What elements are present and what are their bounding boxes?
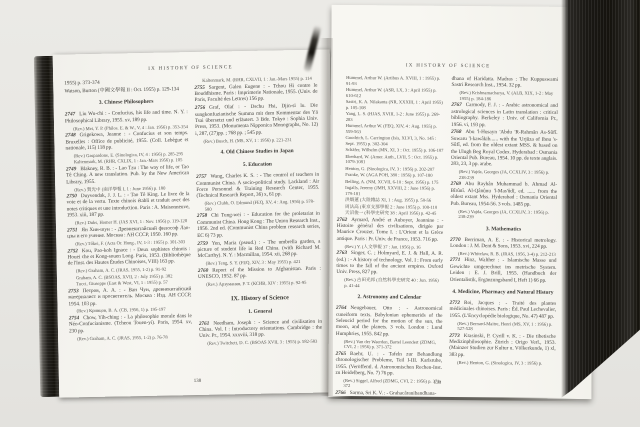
page-columns: 1955) p. 373-374Watson, Burton (中國文學報 II… bbox=[64, 76, 322, 351]
entry-text: Hinz, Walther : - Islamische Masse und G… bbox=[450, 257, 557, 283]
entry-text: Neugebauer, Otto : - Astronomical cuneif… bbox=[336, 305, 443, 337]
bib-entry: dhana of Haridatta. Madras : The Kuppusw… bbox=[451, 76, 558, 90]
right-page: IX HISTORY OF SCIENCE Hummel, Arthur W. … bbox=[328, 5, 594, 399]
bib-entry: 2768Abu 'l-Husayn 'Abdu 'R-Rahmân As-Sûf… bbox=[451, 129, 558, 168]
entry-number: 2767 bbox=[451, 102, 461, 108]
bib-entry: 2747Liu Wu-chi : - Confucius, his life a… bbox=[65, 109, 188, 124]
book-edge-right bbox=[561, 0, 640, 402]
entry-text: Roi, Jacques : - Traité des plantes médi… bbox=[449, 300, 556, 320]
entry-number: 2770 bbox=[450, 236, 460, 242]
entry-text: 1955) p. 373-374 bbox=[64, 80, 100, 87]
section-heading: 3. Chinese Philosophers bbox=[65, 98, 188, 107]
entry-number: 2766 bbox=[335, 390, 345, 396]
review-line: (Rev.) Twitchett, D. C. (BSOAS XVII, 3 :… bbox=[199, 339, 322, 347]
left-page: IX HISTORY OF SCIENCE 1955) p. 373-374Wa… bbox=[53, 49, 337, 397]
entry-number: 2755 bbox=[194, 84, 204, 90]
entry-text: Baehr, U. : - Tafeln zur Behandlung chro… bbox=[335, 351, 442, 377]
bib-entry: 2765Baehr, U. : - Tafeln zur Behandlung … bbox=[335, 351, 442, 378]
bib-entry: 2758Chi Tung-wei : - Education for the p… bbox=[197, 211, 320, 239]
entry-text: Wang, Charles K. S. : - The control of t… bbox=[196, 172, 319, 200]
bib-entry: 2753Петров, А. А. : - Ван Чун, древнекит… bbox=[68, 286, 191, 308]
entry-text: Watson, Burton (中國文學報 II : Oct. 1955) p.… bbox=[64, 86, 179, 94]
review-line: (Rev.) Vajda, Georges (JA, CCXLIV, 3 : 1… bbox=[451, 169, 558, 181]
section-heading: 4. Medicine, Pharmacy and Natural Histor… bbox=[450, 289, 557, 297]
entry-number: 2773 bbox=[449, 333, 459, 339]
review-line: (Rev.) Henton, G. (Sinologica, IV, 3 : 1… bbox=[449, 360, 556, 366]
review-line: Belling, A. (NM, XCVII, 6-10 : Sept. 195… bbox=[337, 178, 444, 184]
review-line: (Rev.) Graham, A. C. (JRAS, 1955, 1-2) p… bbox=[69, 334, 192, 342]
page-number: 138 bbox=[194, 379, 202, 384]
page-header: IX HISTORY OF SCIENCE bbox=[338, 63, 558, 71]
bib-entry: 2752Kou, Pao-koh Ignace : - Deux sophist… bbox=[67, 246, 190, 268]
entry-number: 2759 bbox=[197, 240, 207, 246]
review-line: Eberhard, W. (Amer. Anth., LVII, 5 : Oct… bbox=[337, 153, 444, 165]
page-number: 139 bbox=[434, 381, 442, 386]
review-line: 周法高 (東京支那學報 2 : June 1955) p. 108-110 bbox=[337, 203, 444, 209]
review-line: Schäfer, Wilhelm (MN, XI, 3 : Oct. 1955)… bbox=[337, 147, 444, 153]
entry-number: 2747 bbox=[65, 112, 75, 118]
entry-number: 2760 bbox=[198, 267, 208, 273]
bib-entry: 2754Chow, Yih-ching : - La philosophie m… bbox=[69, 313, 192, 335]
bib-entry: 2751Ян Хин-шун : - Древнекитайский филос… bbox=[67, 225, 190, 240]
section-heading: 3. Mathematics bbox=[450, 225, 557, 233]
entry-text: Carmody, F. J. : - Arabic astronomical a… bbox=[451, 102, 558, 127]
bib-entry: 2767Carmody, F. J. : - Arabic astronomic… bbox=[451, 102, 558, 129]
review-line: (Rev.) Krishnamacharya, V. (ALB, XIX, 1-… bbox=[451, 90, 558, 102]
entry-text: Krasinski, P. Cyrill v. K. : - Die tibet… bbox=[449, 333, 556, 358]
entry-text: Berriman, A. E. : - Historical metrology… bbox=[450, 237, 557, 250]
entry-number: 2749 bbox=[66, 166, 76, 172]
section-heading: 4. Old Chinese Studies in Japan bbox=[196, 148, 319, 157]
bib-entry: 2748Grigekowa, Jeanne : - Confucius et s… bbox=[65, 130, 188, 152]
section-heading: 5. Education bbox=[196, 161, 319, 170]
bib-entry: 2773Krasinski, P. Cyrill v. K. : - Die t… bbox=[449, 333, 556, 360]
entry-text: Liu Wu-chi : - Confucius, his life and t… bbox=[65, 109, 188, 124]
bib-entry: 2770Berriman, A. E. : - Historical metro… bbox=[450, 236, 557, 250]
entry-number: 2756 bbox=[195, 105, 205, 111]
review-line: (Rev.) Y. (人文學報 37 : Jan. 1956) p. 16 bbox=[337, 244, 444, 250]
review-line: Franke, W. (AGA POH, 380 : 1956) p. 107-… bbox=[337, 172, 444, 178]
entry-text: Aymard, André et Auboyer, Jeannine : - H… bbox=[337, 217, 444, 243]
bib-entry: 2761Needham, Joseph : - Science and civi… bbox=[199, 318, 322, 340]
entry-text: Singer, C. ; Holmyard, E. J. & Hall, A. … bbox=[336, 250, 443, 275]
bib-entry: 2757Wang, Charles K. S. : - The control … bbox=[196, 172, 319, 200]
bib-entry: 2763Singer, C. ; Holmyard, E. J. & Hall,… bbox=[336, 250, 443, 277]
chapter-heading: IX. History of Science bbox=[198, 293, 321, 303]
review-line: Henton, G. (Sinologica, IV, 3 : 1956) p.… bbox=[337, 165, 444, 171]
bib-entry: 2759Yen, Maria (pseud.) : - The umbrella… bbox=[197, 238, 320, 260]
entry-text: Sargent, Galen Eugene : - Tchou Hi contr… bbox=[194, 82, 317, 103]
entry-number: 2753 bbox=[68, 288, 78, 294]
bib-entry: 2749Blakney, R. B. : - Lao Tzu : The way… bbox=[66, 164, 189, 186]
bib-entry: 2756Graf, Olaf : - Dschu Hsi, Djin-sï lu… bbox=[195, 103, 319, 137]
section-heading: 1. General bbox=[199, 307, 322, 316]
entry-text: Ян Хин-шун : - Древнекитайский философ Л… bbox=[67, 225, 190, 240]
page-columns: Hummel, Arthur W. (Artibus A. XVIII, 1 :… bbox=[335, 75, 558, 400]
entry-number: 2764 bbox=[336, 305, 346, 311]
entry-number: 2750 bbox=[66, 193, 76, 199]
spine-shadow bbox=[320, 38, 333, 396]
review-line: Goodrich, L. Carrington (Isis, XLVI, 3, … bbox=[337, 135, 444, 147]
entry-number: 2761 bbox=[199, 320, 209, 326]
bib-entry: 2762Aymard, André et Auboyer, Jeannine :… bbox=[337, 216, 444, 243]
entry-text: Grigekowa, Jeanne : - Confucius et son t… bbox=[65, 130, 188, 151]
review-line: (Rev.) Siggel, Alfred (ZDMG, CVI, 2 : 19… bbox=[335, 378, 442, 390]
entry-number: 2765 bbox=[336, 351, 346, 357]
review-line: (Rev.) Van der Waerden, Bartel Leendert … bbox=[336, 339, 443, 351]
review-line: 天沼俊一 (科學史研究 38 : April 1956) p. 42-45 bbox=[337, 210, 444, 216]
bib-column-right: dhana of Haridatta. Madras : The Kuppusw… bbox=[449, 76, 558, 400]
bib-entry: Watson, Burton (中國文學報 II : Oct. 1955) p.… bbox=[64, 86, 187, 95]
review-line: (Rev.) Vajda, Georges (JA, CCXLIV, 3 : 1… bbox=[450, 208, 557, 220]
entry-text: Duyvendak, J. J. L. : - Tao Tê King. Le … bbox=[67, 191, 190, 219]
review-line: (Rev.) Busch, H. (MS, XV, 1 : 1956) p. 2… bbox=[195, 136, 318, 144]
entry-text: Abu Rayhân Muhammad b. Ahmad Al-Bîrûnî. … bbox=[450, 181, 557, 207]
review-line: Hummel, Arthur W. (FEQ, XIV, 4 : Aug. 19… bbox=[338, 123, 445, 135]
bib-entry: 2755Sargent, Galen Eugene : - Tchou Hi c… bbox=[194, 82, 317, 104]
entry-number: 2751 bbox=[67, 227, 77, 233]
bib-entry: 2764Neugebauer, Otto : - Astronomical cu… bbox=[336, 305, 443, 338]
entry-text: Chow, Yih-ching : - La philosophie moral… bbox=[69, 313, 192, 334]
review-line: 洪煨蓮 (大陸雜誌 XI, 1 : Aug. 1955) p. 50-56 bbox=[337, 197, 444, 203]
bib-column-right: Kaltenmark, M. (RHR, CXLVII, 1 : Jan.-Ma… bbox=[194, 76, 322, 348]
review-line: (Rev.) Whitelaw, R. B. (JRAS, 1956, 3-4)… bbox=[450, 251, 557, 257]
bib-entry: 2771Hinz, Walther : - Islamische Masse u… bbox=[450, 257, 557, 284]
review-line: Yang, L. S. (HJAS, XVIII, 1-2 : June 195… bbox=[338, 111, 445, 123]
section-heading: 2. Astronomy and Calendar bbox=[336, 294, 443, 302]
review-line: Ingalls, Jeremy (JMH, XXVIII, 2 : June 1… bbox=[337, 185, 444, 197]
entry-number: 2763 bbox=[337, 250, 347, 256]
bib-entry: 2769Abu Rayhân Muhammad b. Ahmad Al-Bîrû… bbox=[450, 181, 557, 208]
entry-number: 2752 bbox=[67, 248, 77, 254]
review-line: (Rev.) Арзуманян, Р. Т. (КСИВ, XIV : 195… bbox=[198, 280, 321, 288]
bib-entry: 2750Duyvendak, J. J. L. : - Tao Tê King.… bbox=[66, 191, 189, 219]
review-line: (Rev.) 吉田光邦 (自然科學史研究 40 : Jun. 1956) p. … bbox=[336, 277, 443, 289]
entry-text: Abu 'l-Husayn 'Abdu 'R-Rahmân As-Sûfî. S… bbox=[451, 129, 558, 167]
entry-text: Graf, Olaf : - Dschu Hsi, Djin-sï lu. Di… bbox=[195, 103, 318, 137]
entry-text: Kou, Pao-koh Ignace : - Deux sophistes c… bbox=[68, 246, 191, 267]
entry-text: Chi Tung-wei : - Education for the prole… bbox=[197, 211, 320, 239]
bib-entry: 2772Roi, Jacques : - Traité des plantes … bbox=[449, 300, 556, 320]
entry-number: 2758 bbox=[197, 213, 207, 219]
entry-number: 2771 bbox=[450, 257, 460, 263]
entry-text: dhana of Haridatta. Madras : The Kuppusw… bbox=[451, 76, 558, 89]
review-line: Hummel, Arthur W. (Artibus A. XVIII, 1 :… bbox=[338, 75, 445, 87]
review-line: Hummel, Arthur W. (ASR, LX, 3 : April 19… bbox=[338, 87, 445, 99]
entry-text: Report of the Mission to Afghanistan. Pa… bbox=[198, 265, 321, 280]
entry-text: Yen, Maria (pseud.) : - The umbrella gar… bbox=[197, 238, 320, 259]
review-line: (Rev.) Bernard-Maitre, Henri (MS, XV, 1 … bbox=[449, 321, 556, 333]
entry-number: 2748 bbox=[65, 132, 75, 138]
entry-text: Blakney, R. B. : - Lao Tzu : The way of … bbox=[66, 164, 189, 185]
entry-number: 2762 bbox=[337, 216, 347, 222]
review-line: Sastri, K. A. Nilakanta (NR, XXXIII, 1 :… bbox=[338, 99, 445, 111]
entry-text: Needham, Joseph : - Science and civilisa… bbox=[199, 318, 322, 339]
page-header: IX HISTORY OF SCIENCE bbox=[64, 64, 317, 75]
entry-text: Петров, А. А. : - Ван Чун, древнекитайск… bbox=[68, 286, 191, 307]
bib-entry: 2760Report of the Mission to Afghanistan… bbox=[198, 265, 321, 280]
entry-number: 2769 bbox=[451, 181, 461, 187]
entry-number: 2757 bbox=[196, 174, 206, 180]
bib-column-left: Hummel, Arthur W. (Artibus A. XVIII, 1 :… bbox=[335, 75, 444, 399]
book-scan: IX HISTORY OF SCIENCE 1955) p. 373-374Wa… bbox=[0, 0, 640, 427]
bib-column-left: 1955) p. 373-374Watson, Burton (中國文學報 II… bbox=[64, 78, 192, 350]
entry-number: 2768 bbox=[451, 129, 461, 135]
